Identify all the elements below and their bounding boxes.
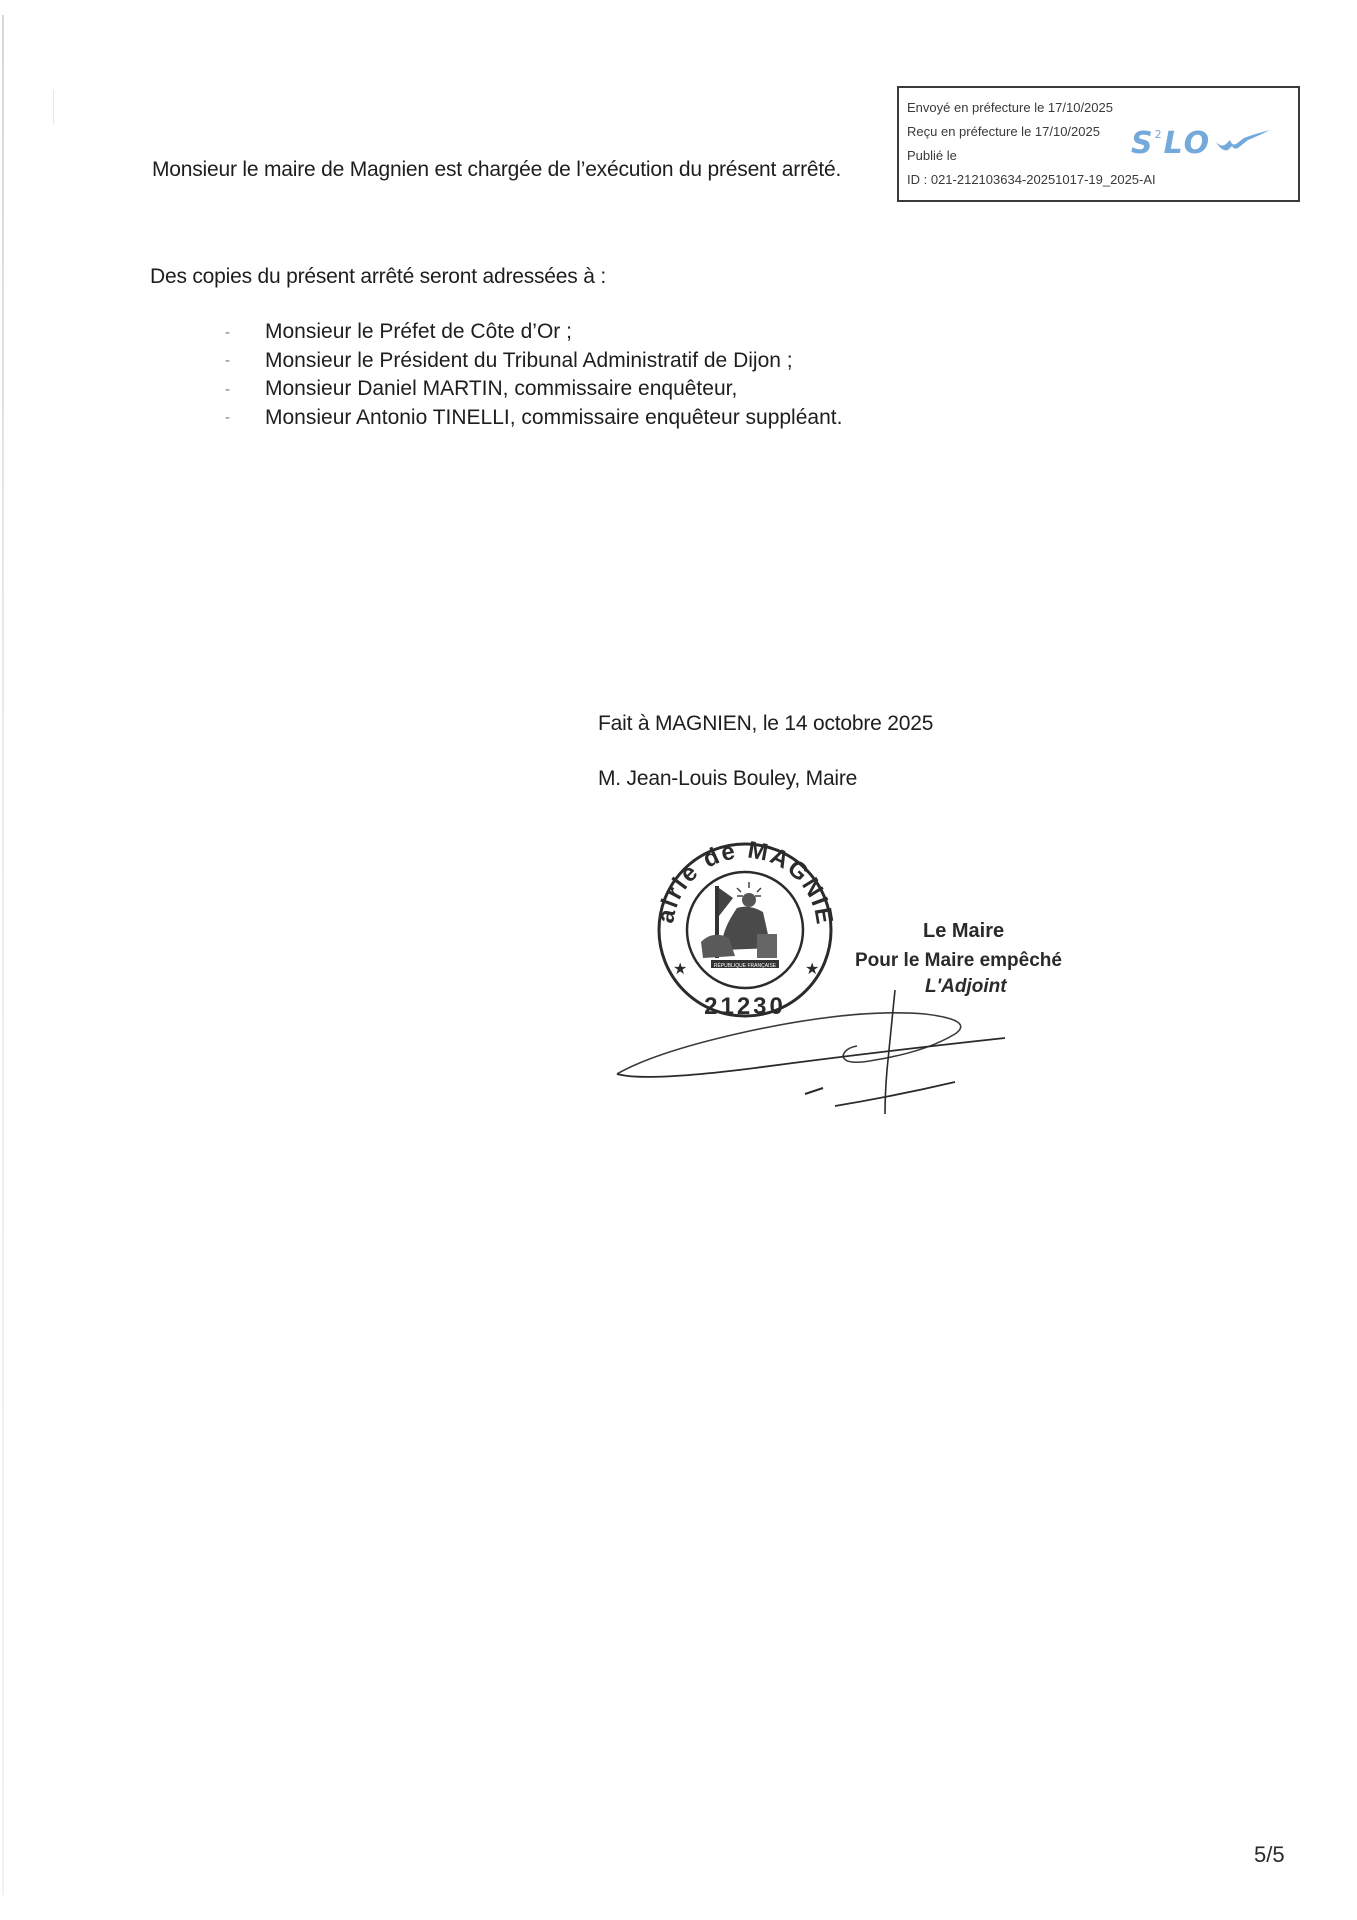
handwritten-signature: [595, 990, 1015, 1120]
recipient-text: Monsieur le Préfet de Côte d’Or ;: [265, 320, 572, 344]
signature-title: Le Maire: [923, 920, 1004, 943]
place-and-date: Fait à MAGNIEN, le 14 octobre 2025: [598, 712, 933, 736]
act-id: ID : 021-212103634-20251017-19_2025-AI: [907, 168, 1298, 192]
scan-artifact: [53, 90, 54, 124]
bullet-dash: -: [225, 324, 265, 341]
page-number: 5/5: [1254, 1842, 1285, 1868]
s2lo-logo-s: S: [1131, 126, 1155, 161]
signatory-name: M. Jean-Louis Bouley, Maire: [598, 767, 857, 791]
copies-recipient-list: -Monsieur le Préfet de Côte d’Or ; -Mons…: [225, 318, 842, 432]
recipient-text: Monsieur Daniel MARTIN, commissaire enqu…: [265, 377, 737, 401]
bullet-dash: -: [225, 352, 265, 369]
execution-statement: Monsieur le maire de Magnien est chargée…: [152, 158, 841, 182]
seal-star-right-icon: ★: [805, 961, 819, 978]
signature-capacity: Pour le Maire empêché: [855, 950, 1062, 972]
list-item: -Monsieur le Préfet de Côte d’Or ;: [225, 318, 842, 347]
s2lo-logo-sup: 2: [1155, 128, 1164, 141]
prefecture-receipt-box: Envoyé en préfecture le 17/10/2025 Reçu …: [897, 86, 1300, 202]
seal-banner-text: RÉPUBLIQUE FRANÇAISE: [714, 962, 777, 969]
recipient-text: Monsieur Antonio TINELLI, commissaire en…: [265, 406, 842, 430]
bullet-dash: -: [225, 381, 265, 398]
copies-intro: Des copies du présent arrêté seront adre…: [150, 265, 606, 289]
seal-star-left-icon: ★: [673, 961, 687, 978]
marianne-figure-icon: [701, 882, 779, 968]
list-item: -Monsieur le Président du Tribunal Admin…: [225, 347, 842, 376]
recipient-text: Monsieur le Président du Tribunal Admini…: [265, 349, 793, 373]
s2lo-logo: S2LO: [1131, 126, 1211, 161]
list-item: -Monsieur Antonio TINELLI, commissaire e…: [225, 404, 842, 433]
s2lo-logo-lo: LO: [1164, 126, 1212, 161]
bullet-dash: -: [225, 409, 265, 426]
s2lo-checkmark-icon: [1214, 128, 1274, 154]
sent-date: Envoyé en préfecture le 17/10/2025: [907, 96, 1298, 120]
scan-edge: [2, 15, 4, 1895]
list-item: -Monsieur Daniel MARTIN, commissaire enq…: [225, 375, 842, 404]
